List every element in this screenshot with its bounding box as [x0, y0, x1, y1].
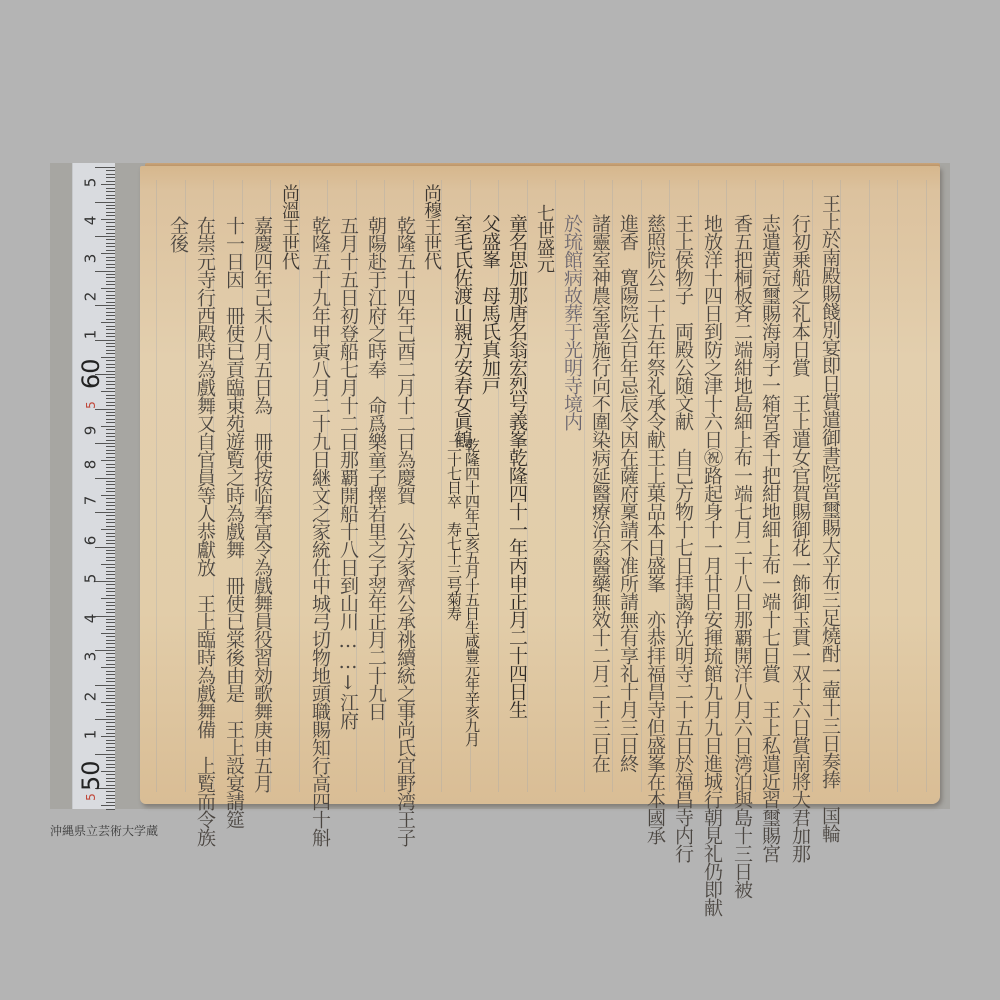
- ruler-tick: [106, 660, 115, 661]
- ruler-tick: [106, 560, 115, 561]
- ruler-tick: [106, 450, 115, 451]
- ruler-tick: [95, 236, 115, 237]
- ruler-label: 60: [79, 365, 103, 389]
- ruler-tick: [106, 571, 115, 572]
- ruler-tick: [95, 202, 115, 203]
- ruler-tick: [106, 664, 115, 665]
- text-column: 父盛峯 母馬氏真加戸: [480, 214, 499, 394]
- ruled-line: [698, 180, 699, 792]
- ruler-tick: [106, 567, 115, 568]
- ruler-tick: [106, 222, 115, 223]
- ruler-tick: [106, 557, 115, 558]
- ruler-tick: [101, 391, 115, 392]
- ruler-tick: [106, 239, 115, 240]
- ruler-tick: [106, 405, 115, 406]
- ruled-line: [612, 180, 613, 792]
- ruler-tick: [101, 529, 115, 530]
- ruler-tick: [106, 281, 115, 282]
- ruler-tick: [106, 381, 115, 382]
- ruler-label: 1: [84, 323, 99, 347]
- ruled-line: [584, 180, 585, 792]
- ruler-tick: [106, 747, 115, 748]
- ruler-tick: [106, 612, 115, 613]
- text-column: 於琉館病故葬于光明寺境内: [562, 214, 581, 430]
- ruler-tick: [106, 433, 115, 434]
- ruler-tick: [106, 705, 115, 706]
- ruler-tick: [95, 409, 115, 410]
- ruler-tick: [106, 250, 115, 251]
- ruled-line: [812, 180, 813, 792]
- measuring-ruler: 54321605987654321505: [72, 163, 115, 809]
- ruler-tick: [106, 274, 115, 275]
- ruler-tick: [106, 233, 115, 234]
- ruler-tick: [106, 229, 115, 230]
- ruler-tick: [101, 598, 115, 599]
- ruler-tick: [106, 743, 115, 744]
- ruler-tick: [106, 578, 115, 579]
- ruler-tick: [106, 795, 115, 796]
- ruler-tick: [106, 181, 115, 182]
- ruler-tick: [106, 205, 115, 206]
- ruler-tick: [106, 757, 115, 758]
- text-column: 香五把桐板斉二端紺地島細上布一端七月二十八日那覇開洋八月六日湾泊與島十三日被: [732, 214, 751, 898]
- ruler-tick: [106, 643, 115, 644]
- ruler-tick: [106, 509, 115, 510]
- ruler-tick: [101, 184, 115, 185]
- ruler-tick: [106, 384, 115, 385]
- ruler-tick: [106, 208, 115, 209]
- ruler-tick: [101, 633, 115, 634]
- ruler-tick: [106, 474, 115, 475]
- ruler-tick: [106, 215, 115, 216]
- ruler-tick: [106, 760, 115, 761]
- ruler-tick: [106, 640, 115, 641]
- ruler-tick: [101, 288, 115, 289]
- text-column-note: 二十七日卒 寿七十三号菊寿: [446, 438, 461, 620]
- ruler-tick: [106, 346, 115, 347]
- ruler-tick: [106, 371, 115, 372]
- ruler-tick: [95, 167, 115, 168]
- ruled-line: [926, 180, 927, 792]
- ruler-tick: [106, 543, 115, 544]
- ruler-tick: [106, 709, 115, 710]
- ruler-tick: [106, 653, 115, 654]
- ruler-tick: [106, 515, 115, 516]
- text-column: 全後: [168, 216, 187, 252]
- text-column: 王上侯物子 両殿公随文献 自己方物十七日拝謁浄光明寺二十五日於福昌寺内行: [673, 214, 692, 862]
- text-column: 王上於南殿賜餞別宴即日賞遣御書院當璽賜大平布三足燒酎一壷十三日奏捧 国輪: [820, 194, 839, 842]
- ruler-tick: [106, 295, 115, 296]
- ruler-tick: [106, 695, 115, 696]
- ruler-tick: [106, 174, 115, 175]
- ruler-tick: [106, 519, 115, 520]
- ruler-tick: [106, 446, 115, 447]
- ruler-tick: [106, 198, 115, 199]
- ruler-tick: [101, 460, 115, 461]
- ruler-tick: [106, 716, 115, 717]
- ruler-tick: [106, 377, 115, 378]
- collection-credit: 沖縄県立芸術大学蔵: [50, 822, 158, 839]
- ruler-label: 3: [84, 645, 99, 669]
- manuscript-page: 王上於南殿賜餞別宴即日賞遣御書院當璽賜大平布三足燒酎一壷十三日奏捧 国輪 行初乗…: [140, 166, 940, 804]
- ruler-tick: [106, 453, 115, 454]
- ruler-tick: [106, 257, 115, 258]
- ruler-tick: [106, 798, 115, 799]
- ruler-tick: [106, 264, 115, 265]
- ruler-tick: [106, 212, 115, 213]
- ruled-line: [156, 180, 157, 792]
- ruler-tick: [106, 353, 115, 354]
- ruler-label: 8: [84, 453, 99, 477]
- text-column: 室毛氏佐渡山親方安春女眞鶴: [452, 214, 471, 448]
- ruler-tick: [101, 702, 115, 703]
- section-heading: 七世盛元: [535, 204, 553, 272]
- ruler-tick: [101, 736, 115, 737]
- ruler-tick: [106, 574, 115, 575]
- ruler-label: 2: [84, 285, 99, 309]
- ruler-tick: [106, 298, 115, 299]
- ruler-tick: [106, 636, 115, 637]
- ruler-label: 6: [84, 529, 99, 553]
- ruler-label: 2: [84, 685, 99, 709]
- text-column: 慈照院公二十五年祭礼承令献王上菓品本日盛峯 亦恭拝福昌寺但盛峯在本國承: [645, 214, 664, 844]
- ruler-tick: [95, 443, 115, 444]
- ruler-tick: [101, 495, 115, 496]
- ruler-tick: [106, 605, 115, 606]
- ruler-tick: [106, 367, 115, 368]
- ruler-tick: [106, 526, 115, 527]
- ruler-tick: [106, 595, 115, 596]
- ruler-tick: [106, 177, 115, 178]
- ruler-tick: [106, 188, 115, 189]
- ruler-tick: [106, 267, 115, 268]
- ruler-tick: [106, 329, 115, 330]
- ruler-tick: [101, 322, 115, 323]
- ruler-tick: [106, 402, 115, 403]
- ruler-tick: [95, 719, 115, 720]
- ruler-tick: [106, 440, 115, 441]
- ruler-tick: [106, 540, 115, 541]
- ruler-tick: [106, 195, 115, 196]
- ruler-tick: [106, 491, 115, 492]
- ruler-tick: [95, 478, 115, 479]
- ruler-tick: [106, 781, 115, 782]
- ruler-tick: [106, 502, 115, 503]
- ruler-tick: [106, 622, 115, 623]
- ruler-tick: [106, 415, 115, 416]
- ruler-tick: [106, 778, 115, 779]
- ruled-line: [185, 180, 186, 792]
- ruler-tick: [106, 764, 115, 765]
- ruled-line: [669, 180, 670, 792]
- ruler-tick: [101, 667, 115, 668]
- text-column: 在崇元寺行西殿時為戲舞又自官員等人恭獻放 王上臨時為戲舞備 上覧而令族: [195, 216, 214, 846]
- ruler-tick: [106, 260, 115, 261]
- ruler-tick: [106, 302, 115, 303]
- ruler-tick: [95, 754, 115, 755]
- ruler-tick: [106, 395, 115, 396]
- ruler-tick: [106, 802, 115, 803]
- ruler-tick: [106, 191, 115, 192]
- ruler-tick: [106, 277, 115, 278]
- ruler-tick: [106, 629, 115, 630]
- ruler-tick: [106, 429, 115, 430]
- text-column: 諸靈室神農室當施行向不圍染病延醫療治奈醫藥無效十二月二十三日在: [590, 214, 609, 772]
- ruler-tick: [106, 484, 115, 485]
- ruler-tick: [106, 722, 115, 723]
- ruler-label: 1: [84, 723, 99, 747]
- ruler-tick: [106, 681, 115, 682]
- ruled-line: [299, 180, 300, 792]
- ruler-tick: [106, 584, 115, 585]
- ruler-tick: [106, 422, 115, 423]
- section-heading: 尚溫王世代: [280, 184, 298, 269]
- ruler-tick: [106, 467, 115, 468]
- ruler-tick: [101, 805, 115, 806]
- ruler-tick: [106, 481, 115, 482]
- text-column: 嘉慶四年己未八月五日為 冊使按临奉富令為戲舞員役習効歌舞庚申五月: [252, 216, 271, 792]
- ruler-tick: [106, 284, 115, 285]
- ruler-tick: [106, 809, 115, 810]
- ruler-tick: [106, 647, 115, 648]
- text-column-note: 乾隆四十四年己亥五月十五日生咸豊元年辛亥九月: [464, 438, 479, 746]
- ruled-line: [641, 180, 642, 792]
- ruler-tick: [106, 619, 115, 620]
- ruler-tick: [106, 785, 115, 786]
- ruler-tick: [106, 498, 115, 499]
- ruler-tick: [106, 315, 115, 316]
- ruler-tick: [106, 170, 115, 171]
- ruler-tick: [106, 602, 115, 603]
- ruler-tick: [101, 564, 115, 565]
- ruler-tick: [101, 253, 115, 254]
- ruler-tick: [106, 226, 115, 227]
- ruler-tick: [106, 464, 115, 465]
- text-column: 五月十五日初登船七月十二日那覇開船十八日到山川……↓江府: [338, 216, 357, 729]
- ruler-tick: [106, 488, 115, 489]
- ruler-tick: [106, 312, 115, 313]
- ruler-tick: [106, 360, 115, 361]
- ruled-line: [897, 180, 898, 792]
- ruler-tick: [106, 308, 115, 309]
- ruler-label: 5: [84, 171, 99, 195]
- ruler-tick: [106, 750, 115, 751]
- ruler-tick: [101, 219, 115, 220]
- ruler-tick: [106, 533, 115, 534]
- ruler-tick: [106, 698, 115, 699]
- ruled-line: [869, 180, 870, 792]
- section-heading: 尚穆王世代: [422, 184, 440, 269]
- ruler-tick: [106, 505, 115, 506]
- text-column: 進香 寛陽院公百年忌辰令因在薩府稟請不准所請無有享礼十月三日終: [618, 214, 637, 772]
- ruler-tick: [106, 419, 115, 420]
- ruler-tick: [106, 436, 115, 437]
- ruled-line: [783, 180, 784, 792]
- ruler-label: 5: [85, 785, 97, 809]
- text-column: 行初乗船之礼本日賞 王上遣女官賀賜御花一飾御玉貫一双十六日賞南將大君加那: [790, 214, 809, 862]
- text-column: 十一日因 冊使已貢臨東苑遊覧之時為戲舞 冊使已棠後由是 王上設宴請筵: [224, 216, 243, 828]
- ruler-tick: [106, 626, 115, 627]
- ruled-line: [555, 180, 556, 792]
- ruler-label: 5: [85, 393, 97, 417]
- ruler-tick: [106, 740, 115, 741]
- text-column: 乾隆五十四年己酉二月十二日為慶賀 公方家齊公承祧續統之事尚氏宜野湾王子: [395, 216, 414, 846]
- ruler-tick: [106, 712, 115, 713]
- ruler-tick: [106, 671, 115, 672]
- ruler-tick: [106, 674, 115, 675]
- ruler-tick: [106, 657, 115, 658]
- ruler-tick: [106, 457, 115, 458]
- ruler-tick: [106, 343, 115, 344]
- ruler-tick: [106, 333, 115, 334]
- ruled-line: [755, 180, 756, 792]
- ruler-tick: [106, 364, 115, 365]
- ruler-tick: [106, 243, 115, 244]
- ruler-tick: [106, 246, 115, 247]
- ruler-label: 3: [84, 247, 99, 271]
- text-column: 地放洋十四日到防之津十六日㊗路起身十一月廿日安揮琉館九月九日進城行朝見礼仍即献: [702, 214, 721, 916]
- ruler-tick: [106, 733, 115, 734]
- ruler-tick: [106, 691, 115, 692]
- ruler-tick: [106, 522, 115, 523]
- ruled-line: [441, 180, 442, 792]
- ruler-tick: [106, 326, 115, 327]
- ruler-tick: [95, 271, 115, 272]
- text-column: 乾隆五十九年甲寅八月二十九日継文之家統仕中城弓切物地頭職賜知行高四十斛: [310, 216, 329, 846]
- ruler-tick: [106, 688, 115, 689]
- ruler-tick: [106, 550, 115, 551]
- ruler-tick: [106, 536, 115, 537]
- ruler-tick: [101, 426, 115, 427]
- ruler-tick: [106, 791, 115, 792]
- ruler-label: 4: [84, 209, 99, 233]
- ruler-label: 4: [84, 607, 99, 631]
- ruler-tick: [106, 388, 115, 389]
- ruler-tick: [106, 729, 115, 730]
- ruler-label: 9: [84, 419, 99, 443]
- ruler-tick: [106, 398, 115, 399]
- ruler-tick: [106, 591, 115, 592]
- ruler-tick: [106, 678, 115, 679]
- ruler-tick: [106, 291, 115, 292]
- ruler-tick: [106, 350, 115, 351]
- ruler-tick: [106, 319, 115, 320]
- ruler-tick: [106, 609, 115, 610]
- ruler-tick: [106, 412, 115, 413]
- ruler-tick: [106, 336, 115, 337]
- ruler-tick: [106, 726, 115, 727]
- ruler-tick: [106, 588, 115, 589]
- ruler-tick: [106, 471, 115, 472]
- ruled-line: [726, 180, 727, 792]
- text-column: 志遣黄冠璽賜海扇子一箱宮香十把紺地細上布一端十七日賞 王上私遣近習璽賜宮: [760, 214, 779, 862]
- ruler-tick: [106, 553, 115, 554]
- ruler-label: 5: [84, 567, 99, 591]
- text-column: 朝陽赴于江府之時奉 命爲樂童子擇若里之子翌年正月二十九日: [366, 216, 385, 720]
- ruler-tick: [106, 767, 115, 768]
- ruler-tick: [106, 774, 115, 775]
- ruler-label: 7: [84, 489, 99, 513]
- text-column: 童名思加那唐名翁宏烈号義峯乾隆四十一年丙申正月二十四日生: [507, 214, 526, 718]
